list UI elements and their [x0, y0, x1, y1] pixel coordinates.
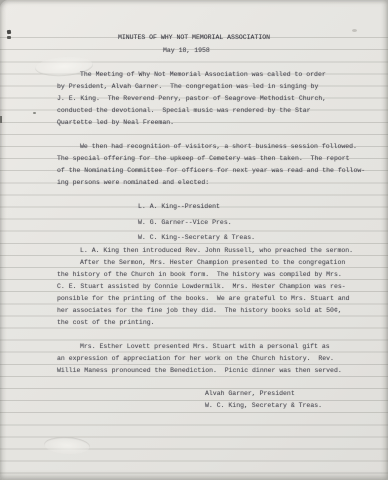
- text-line: Quartette led by Neal Freeman.: [57, 117, 326, 129]
- text-line: ponsible for the printing of the books. …: [57, 293, 350, 305]
- text-line: ing persons were nominated and elected:: [57, 177, 365, 189]
- paragraph-closing: Mrs. Esther Lovett presented Mrs. Stuart…: [57, 341, 342, 377]
- text-line: of the Nominating Committee for officers…: [57, 165, 365, 177]
- text-line: C. E. Stuart assisted by Connie Lowdermi…: [57, 281, 350, 293]
- text-line: L. A. King then introduced Rev. John Rus…: [57, 245, 353, 257]
- text-line: The Meeting of Why Not Memorial Associat…: [57, 69, 326, 81]
- text-line: We then had recognition of visitors, a s…: [57, 141, 365, 153]
- document-date: May 18, 1958: [163, 45, 210, 57]
- text-line: J. E. King. The Reverend Penry, pastor o…: [57, 93, 326, 105]
- text-line: Alvah Garner, President: [205, 388, 322, 400]
- signature-block: Alvah Garner, PresidentW. C. King, Secre…: [205, 388, 322, 412]
- text-line: her associates for the fine job they did…: [57, 305, 350, 317]
- text-line: conducted the devotional. Special music …: [57, 105, 326, 117]
- paragraph-opening: The Meeting of Why Not Memorial Associat…: [57, 69, 326, 129]
- text-line: W. C. King, Secretary & Treas.: [205, 400, 322, 412]
- paragraph-business-session: We then had recognition of visitors, a s…: [57, 141, 365, 189]
- text-line: by President, Alvah Garner. The congrega…: [57, 81, 326, 93]
- text-line: the cost of the printing.: [57, 317, 350, 329]
- paragraph-sermon: L. A. King then introduced Rev. John Rus…: [57, 245, 353, 257]
- text-line: Willie Maness pronounced the Benediction…: [57, 365, 342, 377]
- text-line: Mrs. Esther Lovett presented Mrs. Stuart…: [57, 341, 342, 353]
- officer-list: L. A. King--PresidentW. G. Garner--Vice …: [138, 199, 255, 246]
- text-line: the history of the Church in book form. …: [57, 269, 350, 281]
- text-line: After the Sermon, Mrs. Hester Champion p…: [57, 257, 350, 269]
- text-line: W. C. King--Secretary & Treas.: [138, 230, 255, 246]
- document-title: MINUTES OF WHY NOT MEMORIAL ASSOCIATION: [0, 32, 388, 44]
- document-body: MINUTES OF WHY NOT MEMORIAL ASSOCIATION …: [0, 0, 388, 480]
- scanned-page: MINUTES OF WHY NOT MEMORIAL ASSOCIATION …: [0, 0, 388, 480]
- text-line: W. G. Garner--Vice Pres.: [138, 215, 255, 231]
- text-line: an expression of appreciation for her wo…: [57, 353, 342, 365]
- text-line: L. A. King--President: [138, 199, 255, 215]
- text-line: The special offering for the upkeep of C…: [57, 153, 365, 165]
- paragraph-church-history: After the Sermon, Mrs. Hester Champion p…: [57, 257, 350, 329]
